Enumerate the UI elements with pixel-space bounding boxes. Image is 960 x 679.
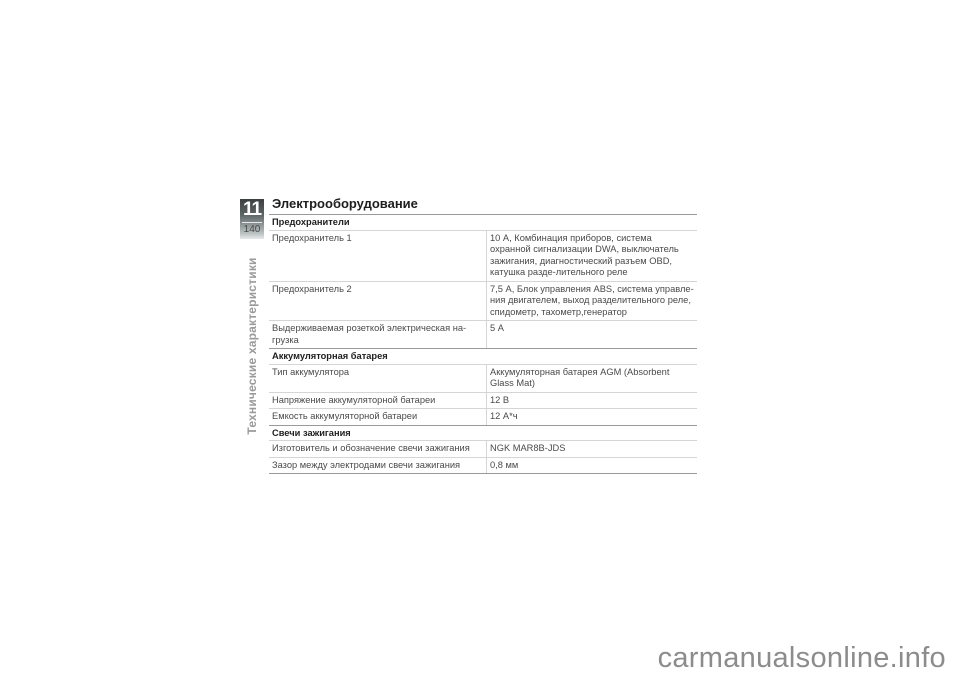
spec-label: Зазор между электродами свечи зажигания <box>269 457 487 474</box>
table-row: Зазор между электродами свечи зажигания0… <box>269 457 697 474</box>
spec-value: NGK MAR8B-JDS <box>487 441 698 458</box>
spec-table: ПредохранителиПредохранитель 110 А, Комб… <box>269 214 697 474</box>
spec-label: Тип аккумулятора <box>269 364 487 392</box>
page-number: 140 <box>240 224 264 236</box>
group-title: Свечи зажигания <box>269 425 697 441</box>
spec-value: 10 А, Комбинация приборов, система охран… <box>487 230 698 281</box>
spec-value: 0,8 мм <box>487 457 698 474</box>
group-title: Аккумуляторная батарея <box>269 349 697 365</box>
table-row: Изготовитель и обозначение свечи зажиган… <box>269 441 697 458</box>
chapter-tab: 11 140 <box>240 199 264 239</box>
spec-value: Аккумуляторная батарея AGM (Absorbent Gl… <box>487 364 698 392</box>
section-title: Электрооборудование <box>272 196 418 211</box>
spec-value: 12 А*ч <box>487 409 698 426</box>
group-title: Предохранители <box>269 215 697 231</box>
spec-label: Изготовитель и обозначение свечи зажиган… <box>269 441 487 458</box>
spec-label: Предохранитель 2 <box>269 281 487 321</box>
spec-label: Напряжение аккумуляторной батареи <box>269 392 487 409</box>
group-header: Аккумуляторная батарея <box>269 349 697 365</box>
table-row: Предохранитель 27,5 А, Блок управления A… <box>269 281 697 321</box>
spec-value: 12 В <box>487 392 698 409</box>
table-row: Напряжение аккумуляторной батареи12 В <box>269 392 697 409</box>
spec-label: Выдерживаемая розеткой электрическая на-… <box>269 321 487 349</box>
table-row: Емкость аккумуляторной батареи12 А*ч <box>269 409 697 426</box>
table-row: Выдерживаемая розеткой электрическая на-… <box>269 321 697 349</box>
chapter-divider <box>242 222 262 223</box>
watermark: carmanualsonline.info <box>658 642 946 675</box>
chapter-side-title: Технические характеристики <box>245 257 259 434</box>
chapter-number: 11 <box>240 199 264 221</box>
table-row: Предохранитель 110 А, Комбинация приборо… <box>269 230 697 281</box>
group-header: Предохранители <box>269 215 697 231</box>
table-row: Тип аккумулятораАккумуляторная батарея A… <box>269 364 697 392</box>
spec-label: Емкость аккумуляторной батареи <box>269 409 487 426</box>
group-header: Свечи зажигания <box>269 425 697 441</box>
spec-value: 5 А <box>487 321 698 349</box>
spec-label: Предохранитель 1 <box>269 230 487 281</box>
spec-value: 7,5 А, Блок управления ABS, система упра… <box>487 281 698 321</box>
